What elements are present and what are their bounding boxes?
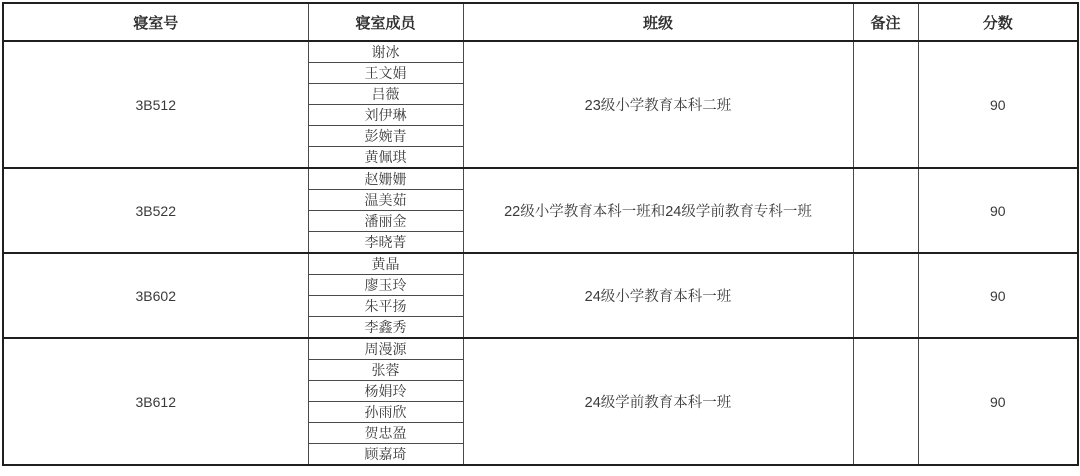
member-cell: 张蓉: [308, 360, 463, 381]
member-cell: 李鑫秀: [308, 317, 463, 339]
member-cell: 黄晶: [308, 253, 463, 275]
header-row: 寝室号 寝室成员 班级 备注 分数: [3, 3, 1078, 41]
member-cell: 周漫源: [308, 338, 463, 360]
member-cell: 李晓菁: [308, 232, 463, 254]
member-cell: 赵姗姗: [308, 168, 463, 190]
member-cell: 吕薇: [308, 84, 463, 105]
member-cell: 孙雨欣: [308, 402, 463, 423]
table-row: 3B512 谢冰 23级小学教育本科二班 90: [3, 41, 1078, 63]
member-cell: 朱平扬: [308, 296, 463, 317]
member-cell: 顾嘉琦: [308, 444, 463, 466]
room-cell: 3B602: [3, 253, 308, 338]
class-cell: 23级小学教育本科二班: [463, 41, 853, 168]
header-room-number: 寝室号: [3, 3, 308, 41]
remark-cell: [853, 253, 918, 338]
score-cell: 90: [918, 168, 1078, 253]
room-cell: 3B612: [3, 338, 308, 465]
table-row: 3B612 周漫源 24级学前教育本科一班 90: [3, 338, 1078, 360]
remark-cell: [853, 338, 918, 465]
room-cell: 3B512: [3, 41, 308, 168]
member-cell: 彭婉青: [308, 126, 463, 147]
document-page: 寝室号 寝室成员 班级 备注 分数 3B512 谢冰 23级小学教育本科二班 9…: [0, 0, 1080, 476]
header-score: 分数: [918, 3, 1078, 41]
member-cell: 王文娟: [308, 63, 463, 84]
class-cell: 24级学前教育本科一班: [463, 338, 853, 465]
member-cell: 潘丽金: [308, 211, 463, 232]
dorm-score-table: 寝室号 寝室成员 班级 备注 分数 3B512 谢冰 23级小学教育本科二班 9…: [2, 2, 1079, 466]
member-cell: 贺忠盈: [308, 423, 463, 444]
member-cell: 谢冰: [308, 41, 463, 63]
header-class: 班级: [463, 3, 853, 41]
score-cell: 90: [918, 41, 1078, 168]
member-cell: 廖玉玲: [308, 275, 463, 296]
member-cell: 温美茹: [308, 190, 463, 211]
class-cell: 24级小学教育本科一班: [463, 253, 853, 338]
remark-cell: [853, 168, 918, 253]
header-room-members: 寝室成员: [308, 3, 463, 41]
table-row: 3B522 赵姗姗 22级小学教育本科一班和24级学前教育专科一班 90: [3, 168, 1078, 190]
member-cell: 黄佩琪: [308, 147, 463, 169]
member-cell: 刘伊琳: [308, 105, 463, 126]
header-remark: 备注: [853, 3, 918, 41]
room-cell: 3B522: [3, 168, 308, 253]
member-cell: 杨娟玲: [308, 381, 463, 402]
table-row: 3B602 黄晶 24级小学教育本科一班 90: [3, 253, 1078, 275]
score-cell: 90: [918, 253, 1078, 338]
remark-cell: [853, 41, 918, 168]
class-cell: 22级小学教育本科一班和24级学前教育专科一班: [463, 168, 853, 253]
score-cell: 90: [918, 338, 1078, 465]
